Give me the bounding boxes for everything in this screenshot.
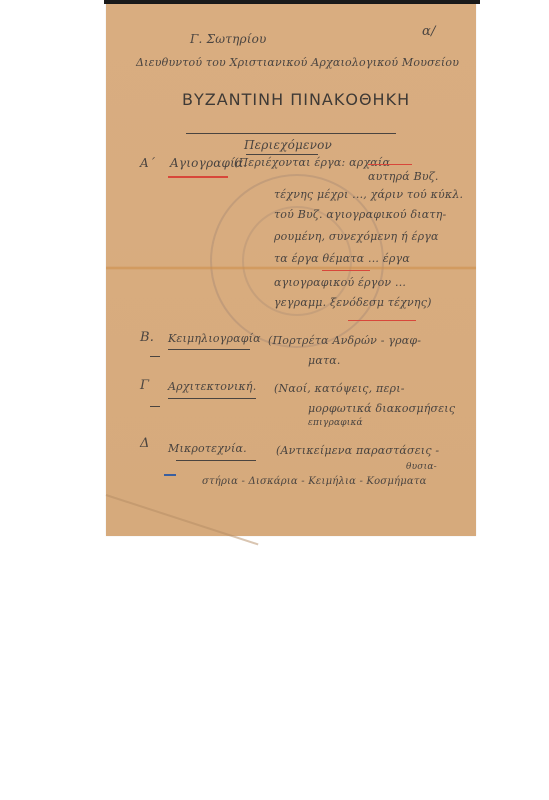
section-a-line: ρουμένη, συνεχόμενη ή έργα [274,230,439,243]
section-b-line: ματα. [308,354,341,367]
section-a-label: Α΄ [140,156,155,170]
section-c-heading: Αρχιτεκτονική. [168,380,256,393]
section-a-red-underline-3 [348,320,416,321]
section-a-line: αυτηρά Βυζ. [368,170,439,183]
section-d-underline [176,460,256,461]
section-c-label: Γ [140,378,149,393]
section-b-underline [168,349,250,350]
paper-fold [106,266,476,270]
section-a-line: αγιογραφικού έργον ... [274,276,406,289]
section-c-line: μορφωτικά διακοσμήσεις [308,402,455,415]
section-a-red-underline [168,176,228,178]
section-d-heading: Μικροτεχνία. [168,442,247,455]
section-c-line: επιγραφικά [308,418,363,428]
paper-crease [106,494,259,545]
section-b-line: (Πορτρέτα Ανδρών - γραφ- [268,334,421,347]
section-d-line: (Αντικείμενα παραστάσεις - [276,444,439,457]
affiliation: Διευθυντού του Χριστιανικού Αρχαιολογικο… [136,56,459,69]
section-b-heading: Κειμηλιογραφία [168,332,261,345]
section-d-line: θυσια- [406,462,437,472]
annotation-red-underline [368,164,412,165]
section-d-label: Δ [140,436,150,451]
section-a-line: τέχνης μέχρι ..., χάριν τού κύκλ. [274,188,463,201]
subtitle-underline [246,154,318,155]
section-c-underline [168,398,256,399]
page-number: α/ [422,24,436,39]
author: Γ. Σωτηρίου [190,32,267,46]
subtitle: Περιεχόμενον [244,138,332,152]
section-b-dash [150,356,160,357]
section-a-line: γεγραμμ. ξενόδεσμ τέχνης) [274,296,432,309]
section-b-label: Β. [140,330,154,345]
document-title: ΒΥΖΑΝΤΙΝΗ ΠΙΝΑΚΟΘΗΚΗ [182,90,410,109]
section-a-line: (Περιέχονται έργα: αρχαία [234,156,390,169]
section-d-blue-dash [164,474,176,476]
title-underline [186,133,396,134]
section-d-line: στήρια - Δισκάρια - Κειμήλια - Κοσμήματα [202,476,427,487]
section-a-line: τού Βυζ. αγιογραφικού διατη- [274,208,446,221]
section-c-line: (Ναοί, κατόψεις, περι- [274,382,405,395]
document-page: α/ Γ. Σωτηρίου Διευθυντού του Χριστιανικ… [106,4,476,536]
section-c-dash [150,406,160,407]
section-a-line: τα έργα θέματα ... έργα [274,252,410,265]
section-a-red-underline-2 [322,270,370,271]
